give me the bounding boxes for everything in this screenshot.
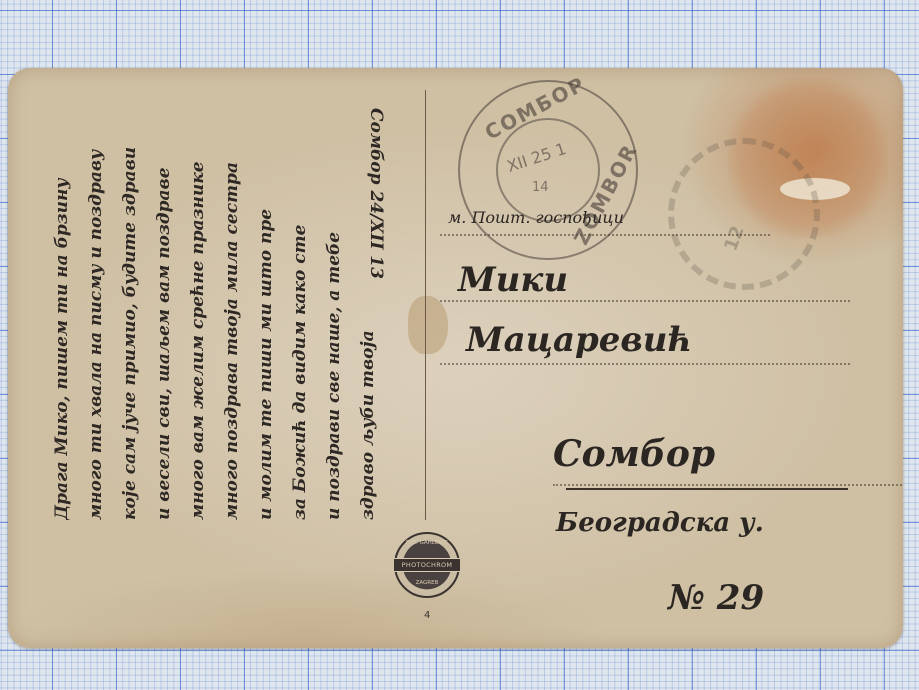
message-line: које сам јуче примио, будите здрави (120, 90, 154, 520)
address-dotted-line-4 (553, 484, 903, 486)
message-dateline: Сомбор 24/ХII 13 (366, 108, 386, 279)
publisher-logo: FOT. GAHLOVIC PHOTOCHROM ZAGREB (394, 532, 460, 598)
message-line: за Божић да видим како сте (290, 90, 324, 520)
address-house-number: № 29 (668, 578, 764, 618)
card-number: 4 (424, 610, 430, 621)
message-line: много ти хвала на писму и поздраву (86, 90, 120, 520)
secondary-postmark-number: 12 (720, 223, 748, 254)
secondary-postmark: 12 (668, 138, 820, 290)
handwritten-message: Сомбор 24/ХII 13 Драга Мико, пишем ти на… (18, 90, 418, 520)
message-line: много вам желим срећне празнике (188, 90, 222, 520)
publisher-logo-top-text: FOT. GAHLOVIC (396, 540, 458, 546)
message-line: и поздрави све наше, а тебе (324, 90, 358, 520)
message-line: и молим те пиши ми што пре (256, 90, 290, 520)
address-dotted-line-1 (440, 234, 770, 236)
address-dotted-line-3 (440, 363, 850, 365)
postcard: 12 СОМБОР XII 25 1 14 ZOMBOR м. Пошт. го… (8, 68, 903, 648)
city-underline (566, 488, 848, 490)
address-street: Београдска у. (556, 508, 764, 538)
postcard-divider-line (425, 90, 426, 520)
address-dotted-line-2 (440, 300, 850, 302)
address-name: Мики (458, 260, 568, 300)
message-line: много поздрава твоја мила сестра (222, 90, 256, 520)
message-line: Драга Мико, пишем ти на брзину (52, 90, 86, 520)
address-prefix: м. Пошт. госпођици (448, 208, 624, 227)
publisher-logo-bottom-text: ZAGREB (396, 580, 458, 586)
address-surname: Мацаревић (466, 320, 692, 360)
postmark-hour: 14 (532, 180, 549, 195)
address-city: Сомбор (553, 433, 715, 475)
postmark: СОМБОР XII 25 1 14 ZOMBOR (458, 80, 638, 260)
message-line: и весели сви, шаљем вам поздраве (154, 90, 188, 520)
publisher-logo-band: PHOTOCHROM (394, 558, 460, 572)
